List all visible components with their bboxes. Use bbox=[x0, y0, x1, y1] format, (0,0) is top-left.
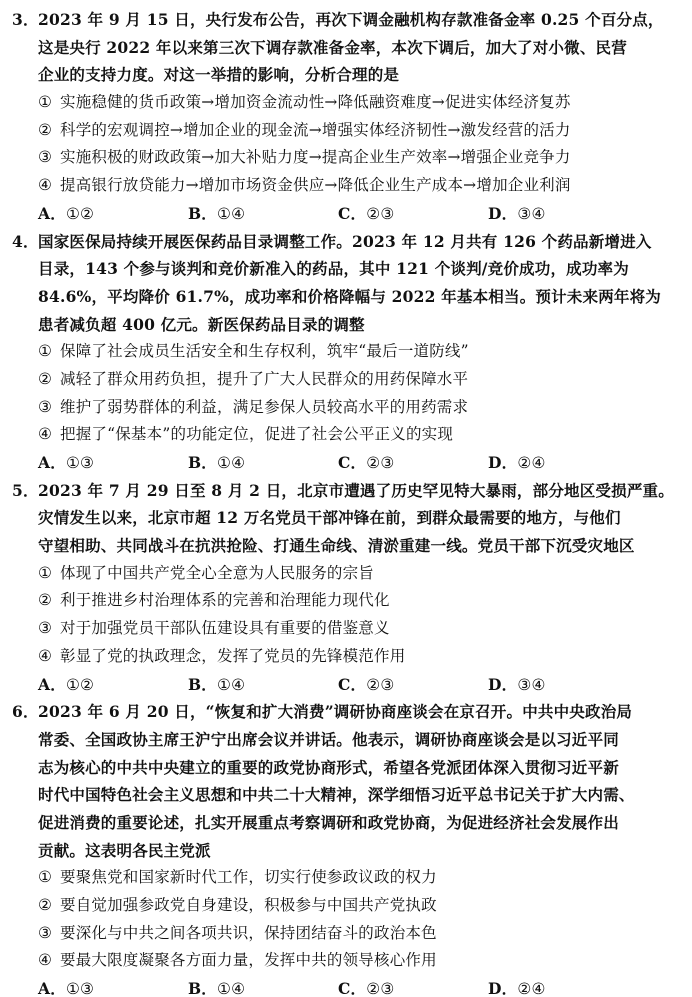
choice-c[interactable]: C．②③ bbox=[338, 200, 488, 228]
option-mark: ④ bbox=[38, 947, 60, 975]
answer-choices: A．①② B．①④ C．②③ D．③④ bbox=[12, 671, 684, 699]
choice-value: ②③ bbox=[366, 676, 394, 694]
option-4: ④提高银行放贷能力→增加市场资金供应→降低企业生产成本→增加企业利润 bbox=[12, 172, 684, 200]
choice-label: C． bbox=[338, 979, 366, 997]
choice-label: A． bbox=[38, 979, 66, 997]
question-number: 3． bbox=[12, 6, 38, 34]
stem-line: 目录，143 个参与谈判和竞价新准入的药品，其中 121 个谈判/竞价成功，成功… bbox=[12, 255, 684, 283]
answer-choices: A．①③ B．①④ C．②③ D．②④ bbox=[12, 449, 684, 477]
option-mark: ② bbox=[38, 117, 60, 145]
option-text: 彰显了党的执政理念，发挥了党员的先锋模范作用 bbox=[60, 647, 405, 665]
choice-value: ①④ bbox=[217, 676, 245, 694]
option-mark: ④ bbox=[38, 643, 60, 671]
choice-label: B． bbox=[188, 979, 217, 997]
option-mark: ④ bbox=[38, 172, 60, 200]
exam-page: 3．2023 年 9 月 15 日，央行发布公告，再次下调金融机构存款准备金率 … bbox=[0, 0, 692, 997]
stem-line: 84.6%，平均降价 61.7%，成功率和价格降幅与 2022 年基本相当。预计… bbox=[12, 283, 684, 311]
choice-label: B． bbox=[188, 675, 217, 694]
choice-label: D． bbox=[488, 979, 517, 997]
option-1: ①实施稳健的货币政策→增加资金流动性→降低融资难度→促进实体经济复苏 bbox=[12, 89, 684, 117]
option-3: ③要深化与中共之间各项共识，保持团结奋斗的政治本色 bbox=[12, 920, 684, 948]
choice-value: ②③ bbox=[366, 454, 394, 472]
option-1: ①体现了中国共产党全心全意为人民服务的宗旨 bbox=[12, 560, 684, 588]
question-5: 5．2023 年 7 月 29 日至 8 月 2 日，北京市遭遇了历史罕见特大暴… bbox=[12, 477, 684, 699]
stem-line: 6．2023 年 6 月 20 日，“恢复和扩大消费”调研协商座谈会在京召开。中… bbox=[12, 698, 684, 726]
option-text: 要深化与中共之间各项共识，保持团结奋斗的政治本色 bbox=[60, 924, 437, 942]
option-mark: ③ bbox=[38, 920, 60, 948]
choice-b[interactable]: B．①④ bbox=[188, 449, 338, 477]
choice-d[interactable]: D．③④ bbox=[488, 200, 638, 228]
stem-line: 时代中国特色社会主义思想和中共二十大精神，深学细悟习近平总书记关于扩大内需、 bbox=[12, 781, 684, 809]
choice-value: ①④ bbox=[217, 454, 245, 472]
option-text: 减轻了群众用药负担，提升了广大人民群众的用药保障水平 bbox=[60, 370, 468, 388]
choice-c[interactable]: C．②③ bbox=[338, 671, 488, 699]
option-mark: ③ bbox=[38, 144, 60, 172]
choice-label: A． bbox=[38, 675, 66, 694]
choice-c[interactable]: C．②③ bbox=[338, 449, 488, 477]
answer-choices: A．①③ B．①④ C．②③ D．②④ bbox=[12, 975, 684, 997]
choice-label: C． bbox=[338, 675, 366, 694]
choice-value: ②③ bbox=[366, 205, 394, 223]
choice-value: ①④ bbox=[217, 205, 245, 223]
option-1: ①保障了社会成员生活安全和生存权利，筑牢“最后一道防线” bbox=[12, 338, 684, 366]
option-text: 实施稳健的货币政策→增加资金流动性→降低融资难度→促进实体经济复苏 bbox=[60, 93, 571, 111]
option-mark: ① bbox=[38, 560, 60, 588]
choice-label: C． bbox=[338, 453, 366, 472]
stem-text: 2023 年 9 月 15 日，央行发布公告，再次下调金融机构存款准备金率 0.… bbox=[38, 10, 664, 29]
stem-line: 3．2023 年 9 月 15 日，央行发布公告，再次下调金融机构存款准备金率 … bbox=[12, 6, 684, 34]
choice-value: ①③ bbox=[66, 980, 94, 997]
option-4: ④把握了“保基本”的功能定位，促进了社会公平正义的实现 bbox=[12, 421, 684, 449]
stem-line: 志为核心的中共中央建立的重要的政党协商形式，希望各党派团体深入贯彻习近平新 bbox=[12, 754, 684, 782]
stem-text: 2023 年 7 月 29 日至 8 月 2 日，北京市遭遇了历史罕见特大暴雨，… bbox=[38, 481, 674, 500]
choice-value: ①④ bbox=[217, 980, 245, 997]
choice-a[interactable]: A．①② bbox=[38, 200, 188, 228]
stem-line: 促进消费的重要论述，扎实开展重点考察调研和政党协商，为促进经济社会发展作出 bbox=[12, 809, 684, 837]
choice-value: ③④ bbox=[517, 205, 545, 223]
stem-line: 这是央行 2022 年以来第三次下调存款准备金率，本次下调后，加大了对小微、民营 bbox=[12, 34, 684, 62]
choice-value: ①② bbox=[66, 205, 94, 223]
question-number: 6． bbox=[12, 698, 38, 726]
option-1: ①要聚焦党和国家新时代工作，切实行使参政议政的权力 bbox=[12, 864, 684, 892]
option-text: 把握了“保基本”的功能定位，促进了社会公平正义的实现 bbox=[60, 425, 453, 443]
option-2: ②利于推进乡村治理体系的完善和治理能力现代化 bbox=[12, 587, 684, 615]
option-text: 维护了弱势群体的利益，满足参保人员较高水平的用药需求 bbox=[60, 398, 468, 416]
choice-label: D． bbox=[488, 453, 517, 472]
option-2: ②减轻了群众用药负担，提升了广大人民群众的用药保障水平 bbox=[12, 366, 684, 394]
question-number: 4． bbox=[12, 228, 38, 256]
option-mark: ① bbox=[38, 864, 60, 892]
choice-d[interactable]: D．③④ bbox=[488, 671, 638, 699]
option-text: 要聚焦党和国家新时代工作，切实行使参政议政的权力 bbox=[60, 868, 437, 886]
stem-line: 患者减负超 400 亿元。新医保药品目录的调整 bbox=[12, 311, 684, 339]
choice-d[interactable]: D．②④ bbox=[488, 975, 638, 997]
option-text: 利于推进乡村治理体系的完善和治理能力现代化 bbox=[60, 591, 390, 609]
option-mark: ④ bbox=[38, 421, 60, 449]
option-4: ④要最大限度凝聚各方面力量，发挥中共的领导核心作用 bbox=[12, 947, 684, 975]
question-3: 3．2023 年 9 月 15 日，央行发布公告，再次下调金融机构存款准备金率 … bbox=[12, 6, 684, 228]
stem-line: 贡献。这表明各民主党派 bbox=[12, 837, 684, 865]
option-text: 保障了社会成员生活安全和生存权利，筑牢“最后一道防线” bbox=[60, 342, 469, 360]
option-2: ②科学的宏观调控→增加企业的现金流→增强实体经济韧性→激发经营的活力 bbox=[12, 117, 684, 145]
choice-value: ②④ bbox=[517, 454, 545, 472]
option-mark: ② bbox=[38, 892, 60, 920]
option-mark: ② bbox=[38, 366, 60, 394]
option-3: ③实施积极的财政政策→加大补贴力度→提高企业生产效率→增强企业竞争力 bbox=[12, 144, 684, 172]
choice-label: D． bbox=[488, 675, 517, 694]
choice-value: ②③ bbox=[366, 980, 394, 997]
option-text: 要最大限度凝聚各方面力量，发挥中共的领导核心作用 bbox=[60, 951, 437, 969]
choice-d[interactable]: D．②④ bbox=[488, 449, 638, 477]
option-text: 提高银行放贷能力→增加市场资金供应→降低企业生产成本→增加企业利润 bbox=[60, 176, 571, 194]
option-text: 体现了中国共产党全心全意为人民服务的宗旨 bbox=[60, 564, 374, 582]
option-4: ④彰显了党的执政理念，发挥了党员的先锋模范作用 bbox=[12, 643, 684, 671]
stem-text: 2023 年 6 月 20 日，“恢复和扩大消费”调研协商座谈会在京召开。中共中… bbox=[38, 702, 632, 721]
stem-line: 5．2023 年 7 月 29 日至 8 月 2 日，北京市遭遇了历史罕见特大暴… bbox=[12, 477, 684, 505]
option-mark: ③ bbox=[38, 394, 60, 422]
choice-label: C． bbox=[338, 204, 366, 223]
choice-label: B． bbox=[188, 204, 217, 223]
answer-choices: A．①② B．①④ C．②③ D．③④ bbox=[12, 200, 684, 228]
choice-a[interactable]: A．①③ bbox=[38, 449, 188, 477]
question-6: 6．2023 年 6 月 20 日，“恢复和扩大消费”调研协商座谈会在京召开。中… bbox=[12, 698, 684, 997]
option-mark: ① bbox=[38, 338, 60, 366]
option-mark: ① bbox=[38, 89, 60, 117]
option-text: 科学的宏观调控→增加企业的现金流→增强实体经济韧性→激发经营的活力 bbox=[60, 121, 571, 139]
stem-line: 灾情发生以来，北京市超 12 万名党员干部冲锋在前，到群众最需要的地方，与他们 bbox=[12, 504, 684, 532]
option-3: ③维护了弱势群体的利益，满足参保人员较高水平的用药需求 bbox=[12, 394, 684, 422]
choice-label: D． bbox=[488, 204, 517, 223]
choice-label: A． bbox=[38, 453, 66, 472]
choice-b[interactable]: B．①④ bbox=[188, 671, 338, 699]
choice-a[interactable]: A．①② bbox=[38, 671, 188, 699]
choice-label: A． bbox=[38, 204, 66, 223]
choice-value: ①③ bbox=[66, 454, 94, 472]
stem-line: 守望相助、共同战斗在抗洪抢险、打通生命线、清淤重建一线。党员干部下沉受灾地区 bbox=[12, 532, 684, 560]
choice-label: B． bbox=[188, 453, 217, 472]
stem-line: 4．国家医保局持续开展医保药品目录调整工作。2023 年 12 月共有 126 … bbox=[12, 228, 684, 256]
choice-value: ③④ bbox=[517, 676, 545, 694]
option-2: ②要自觉加强参政党自身建设，积极参与中国共产党执政 bbox=[12, 892, 684, 920]
choice-value: ②④ bbox=[517, 980, 545, 997]
choice-value: ①② bbox=[66, 676, 94, 694]
option-mark: ③ bbox=[38, 615, 60, 643]
choice-c[interactable]: C．②③ bbox=[338, 975, 488, 997]
option-3: ③对于加强党员干部队伍建设具有重要的借鉴意义 bbox=[12, 615, 684, 643]
option-text: 要自觉加强参政党自身建设，积极参与中国共产党执政 bbox=[60, 896, 437, 914]
choice-b[interactable]: B．①④ bbox=[188, 200, 338, 228]
stem-line: 企业的支持力度。对这一举措的影响，分析合理的是 bbox=[12, 61, 684, 89]
choice-b[interactable]: B．①④ bbox=[188, 975, 338, 997]
question-4: 4．国家医保局持续开展医保药品目录调整工作。2023 年 12 月共有 126 … bbox=[12, 228, 684, 477]
question-number: 5． bbox=[12, 477, 38, 505]
option-text: 对于加强党员干部队伍建设具有重要的借鉴意义 bbox=[60, 619, 390, 637]
stem-text: 国家医保局持续开展医保药品目录调整工作。2023 年 12 月共有 126 个药… bbox=[38, 232, 652, 251]
choice-a[interactable]: A．①③ bbox=[38, 975, 188, 997]
option-mark: ② bbox=[38, 587, 60, 615]
option-text: 实施积极的财政政策→加大补贴力度→提高企业生产效率→增强企业竞争力 bbox=[60, 148, 571, 166]
stem-line: 常委、全国政协主席王沪宁出席会议并讲话。他表示，调研协商座谈会是以习近平同 bbox=[12, 726, 684, 754]
